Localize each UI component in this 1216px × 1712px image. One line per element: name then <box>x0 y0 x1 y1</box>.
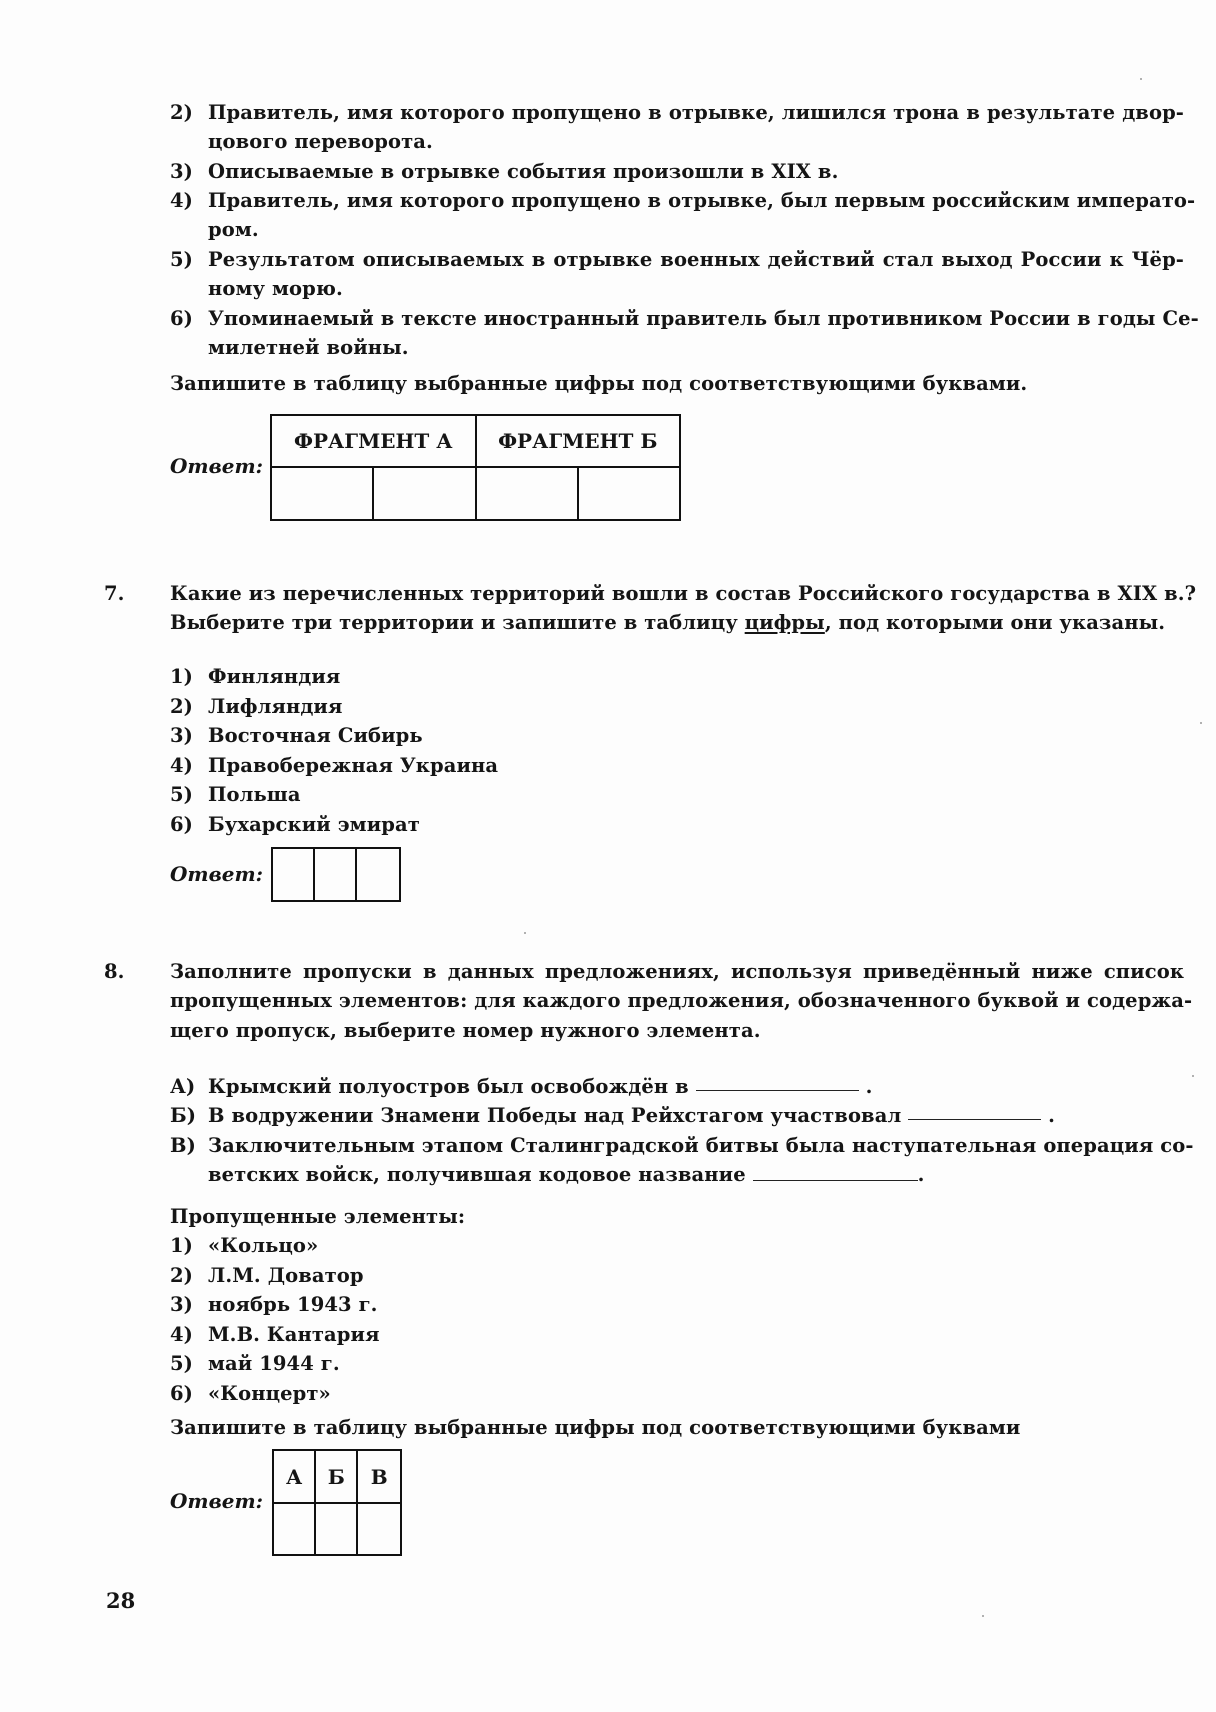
q8-missing-title: Пропущенные элементы: <box>170 1202 1184 1232</box>
q8-missing-item-6: 6)«Концерт» <box>170 1379 1184 1409</box>
textbook-page: 2)Правитель, имя которого пропущено в от… <box>0 0 1216 1712</box>
q8-missing-item-number: 4) <box>170 1320 208 1350</box>
q8-missing-item-1: 1)«Кольцо» <box>170 1231 1184 1261</box>
q7-option-3: 3)Восточная Сибирь <box>170 721 1184 751</box>
q7-option-number: 6) <box>170 810 208 840</box>
q6-header-fragment-b: ФРАГМЕНТ Б <box>476 415 681 467</box>
q8-header-b: Б <box>315 1450 357 1503</box>
q7-question-line1: Какие из перечисленных территорий вошли … <box>170 579 1184 609</box>
q8-question-line3: щего пропуск, выберите номер нужного эле… <box>170 1016 1184 1046</box>
q7-option-text: Финляндия <box>208 662 340 692</box>
q7-option-number: 2) <box>170 692 208 722</box>
scan-speck <box>1200 722 1202 724</box>
q8-number: 8. <box>104 957 124 987</box>
q6-option-5-cont: ному морю. <box>170 274 1216 304</box>
q8-missing-item-text: «Концерт» <box>208 1379 331 1409</box>
q8-missing-item-number: 6) <box>170 1379 208 1409</box>
q8-sentence-b: Б) В водружении Знамени Победы над Рейхс… <box>170 1101 1184 1131</box>
q7-option-5: 5)Польша <box>170 780 1184 810</box>
q7-option-6: 6)Бухарский эмират <box>170 810 1184 840</box>
q8-question-line2: пропущенных элементов: для каждого предл… <box>170 986 1184 1016</box>
q8-sentence-v: В)Заключительным этапом Сталинградской б… <box>170 1131 1184 1161</box>
q8-blank-b[interactable] <box>908 1101 1041 1120</box>
q7-option-number: 3) <box>170 721 208 751</box>
q6-instruction: Запишите в таблицу выбранные цифры под с… <box>170 369 1184 399</box>
q6-option-5: 5)Результатом описываемых в отрывке воен… <box>170 245 1184 275</box>
scan-speck <box>1192 1075 1194 1077</box>
q8-missing-item-text: ноябрь 1943 г. <box>208 1290 378 1320</box>
q7-answer-label: Ответ: <box>170 862 263 886</box>
q6-header-fragment-a: ФРАГМЕНТ А <box>271 415 476 467</box>
q7-number: 7. <box>104 579 124 609</box>
scan-speck <box>524 932 526 934</box>
q6-answer-table: ФРАГМЕНТ А ФРАГМЕНТ Б <box>270 414 681 521</box>
q8-missing-item-3: 3)ноябрь 1943 г. <box>170 1290 1184 1320</box>
q7-question-line2: Выберите три территории и запишите в таб… <box>170 608 1184 638</box>
q7-option-text: Восточная Сибирь <box>208 721 423 751</box>
q8-missing-item-number: 2) <box>170 1261 208 1291</box>
q8-missing-item-text: «Кольцо» <box>208 1231 318 1261</box>
q6-answer-cell[interactable] <box>578 467 680 520</box>
q7-option-1: 1)Финляндия <box>170 662 1184 692</box>
q6-answer-cell[interactable] <box>476 467 578 520</box>
q6-option-6: 6)Упоминаемый в тексте иностранный прави… <box>170 304 1184 334</box>
q8-missing-item-5: 5)май 1944 г. <box>170 1349 1184 1379</box>
q8-header-a: А <box>273 1450 315 1503</box>
q6-option-3: 3)Описываемые в отрывке события произошл… <box>170 157 1184 187</box>
q6-answer-label: Ответ: <box>170 454 263 478</box>
q7-option-number: 1) <box>170 662 208 692</box>
q7-option-number: 4) <box>170 751 208 781</box>
q8-header-v: В <box>357 1450 401 1503</box>
q6-option-4-cont: ром. <box>170 215 1216 245</box>
q7-emphasis: цифры <box>745 611 825 634</box>
q6-option-2-cont: цового переворота. <box>170 127 1216 157</box>
q8-sentence-v-cont: ветских войск, получившая кодовое назван… <box>170 1160 1216 1190</box>
q7-answer-cell[interactable] <box>356 848 400 901</box>
q6-option-2: 2)Правитель, имя которого пропущено в от… <box>170 98 1184 128</box>
q8-missing-item-text: май 1944 г. <box>208 1349 340 1379</box>
q7-option-text: Лифляндия <box>208 692 343 722</box>
q8-missing-item-2: 2)Л.М. Доватор <box>170 1261 1184 1291</box>
q7-option-2: 2)Лифляндия <box>170 692 1184 722</box>
q8-missing-item-number: 1) <box>170 1231 208 1261</box>
q8-blank-v[interactable] <box>753 1162 918 1181</box>
q6-option-4: 4)Правитель, имя которого пропущено в от… <box>170 186 1184 216</box>
q8-answer-label: Ответ: <box>170 1489 263 1513</box>
q8-answer-cell[interactable] <box>315 1503 357 1555</box>
q6-answer-cell[interactable] <box>373 467 475 520</box>
q8-answer-cell[interactable] <box>357 1503 401 1555</box>
q8-instruction: Запишите в таблицу выбранные цифры под с… <box>170 1413 1184 1443</box>
q7-option-text: Польша <box>208 780 301 810</box>
q7-option-text: Правобережная Украина <box>208 751 498 781</box>
q8-sentence-a: А) Крымский полуостров был освобождён в … <box>170 1072 1184 1102</box>
q8-answer-cell[interactable] <box>273 1503 315 1555</box>
q6-option-6-cont: милетней войны. <box>170 333 1216 363</box>
q7-answer-cell[interactable] <box>314 848 356 901</box>
q8-answer-table: А Б В <box>272 1449 402 1556</box>
q8-question-line1: Заполните пропуски в данных предложениях… <box>170 957 1184 987</box>
q8-missing-item-text: М.В. Кантария <box>208 1320 380 1350</box>
scan-speck <box>1140 78 1142 80</box>
q7-answer-table <box>271 847 401 902</box>
q8-missing-item-text: Л.М. Доватор <box>208 1261 364 1291</box>
q8-blank-a[interactable] <box>696 1072 859 1091</box>
q8-missing-item-4: 4)М.В. Кантария <box>170 1320 1184 1350</box>
q7-option-text: Бухарский эмират <box>208 810 420 840</box>
page-number: 28 <box>106 1588 135 1613</box>
q7-option-number: 5) <box>170 780 208 810</box>
scan-speck <box>982 1615 984 1617</box>
q7-option-4: 4)Правобережная Украина <box>170 751 1184 781</box>
q8-missing-item-number: 3) <box>170 1290 208 1320</box>
q8-missing-item-number: 5) <box>170 1349 208 1379</box>
q7-answer-cell[interactable] <box>272 848 314 901</box>
q6-answer-cell[interactable] <box>271 467 373 520</box>
